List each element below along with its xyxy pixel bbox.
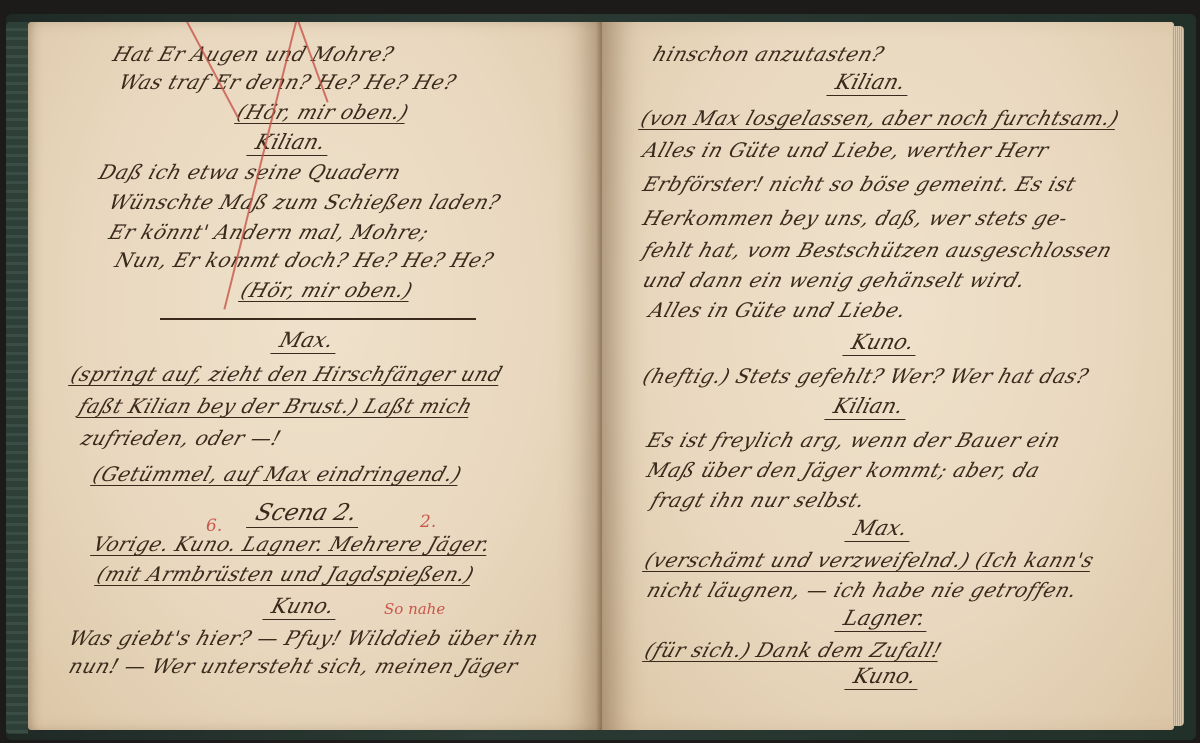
speaker-heading: Kilian. (246, 130, 334, 156)
text-line: Wünschte Maß zum Schießen laden? (106, 190, 504, 214)
text-line: Er könnt' Andern mal, Mohre; (106, 220, 432, 244)
speaker-heading: Max. (270, 328, 342, 354)
text-line: fehlt hat, vom Bestschützen ausgeschloss… (640, 238, 1115, 262)
text-line: Was traf Er denn? He? He? He? (116, 70, 460, 94)
section-divider (160, 318, 476, 320)
text-line: und dann ein wenig gehänselt wird. (640, 268, 1029, 292)
speaker-heading: Max. (844, 516, 916, 542)
text-line: nicht läugnen, — ich habe nie getroffen. (644, 578, 1081, 602)
text-line: Daß ich etwa seine Quadern (96, 160, 404, 184)
speaker-heading: Kilian. (826, 70, 914, 96)
text-line: nun! — Wer untersteht sich, meinen Jäger (66, 654, 521, 678)
text-line: hinschon anzutasten? (650, 42, 888, 66)
stage-direction: (für sich.) Dank dem Zufall! (642, 638, 945, 662)
stage-direction: faßt Kilian bey der Brust.) Laßt mich (76, 394, 476, 418)
text-line: (heftig.) Stets gefehlt? Wer? Wer hat da… (640, 364, 1092, 388)
stage-direction: (springt auf, zieht den Hirschfänger und (68, 362, 506, 386)
text-line: Hat Er Augen und Mohre? (110, 42, 397, 66)
text-line: Es ist freylich arg, wenn der Bauer ein (644, 428, 1064, 452)
manuscript-left-page: Hat Er Augen und Mohre? Was traf Er denn… (28, 22, 602, 730)
manuscript-right-page: hinschon anzutasten? Kilian. (von Max lo… (602, 22, 1174, 730)
red-annotation-number: 6. (206, 516, 222, 536)
book-spine-edge (6, 22, 28, 734)
speaker-heading: Kuno. (842, 330, 923, 356)
red-annotation-number: 2. (420, 512, 436, 532)
text-line: Maß über den Jäger kommt; aber, da (644, 458, 1043, 482)
cast-list: Vorige. Kuno. Lagner. Mehrere Jäger. (90, 532, 494, 556)
stage-direction: (verschämt und verzweifelnd.) (Ich kann'… (642, 548, 1097, 572)
stage-direction: (Hör, mir oben.) (234, 100, 412, 124)
text-line: Erbförster! nicht so böse gemeint. Es is… (640, 172, 1079, 196)
text-line: Alles in Güte und Liebe, werther Herr (640, 138, 1052, 162)
red-insertion: So nahe (384, 600, 445, 618)
text-line: Nun, Er kommt doch? He? He? He? (112, 248, 497, 272)
speaker-heading: Kilian. (824, 394, 912, 420)
text-line: zufrieden, oder —! (78, 426, 284, 450)
speaker-heading: Kuno. (844, 664, 925, 690)
scene-heading: Scena 2. (246, 500, 366, 528)
stage-direction: (von Max losgelassen, aber noch furchtsa… (638, 106, 1122, 130)
speaker-heading: Lagner. (834, 606, 934, 632)
text-line: fragt ihn nur selbst. (648, 488, 869, 512)
text-line: Herkommen bey uns, daß, wer stets ge- (640, 206, 1071, 230)
stage-direction: (Getümmel, auf Max eindringend.) (90, 462, 465, 486)
speaker-heading: Kuno. (262, 594, 343, 620)
text-line: Alles in Güte und Liebe. (646, 298, 910, 322)
stage-direction: (Hör, mir oben.) (238, 278, 416, 302)
page-block-edge (1172, 26, 1184, 726)
stage-direction: (mit Armbrüsten und Jagdspießen.) (94, 562, 477, 586)
text-line: Was giebt's hier? — Pfuy! Wilddieb über … (66, 626, 542, 650)
